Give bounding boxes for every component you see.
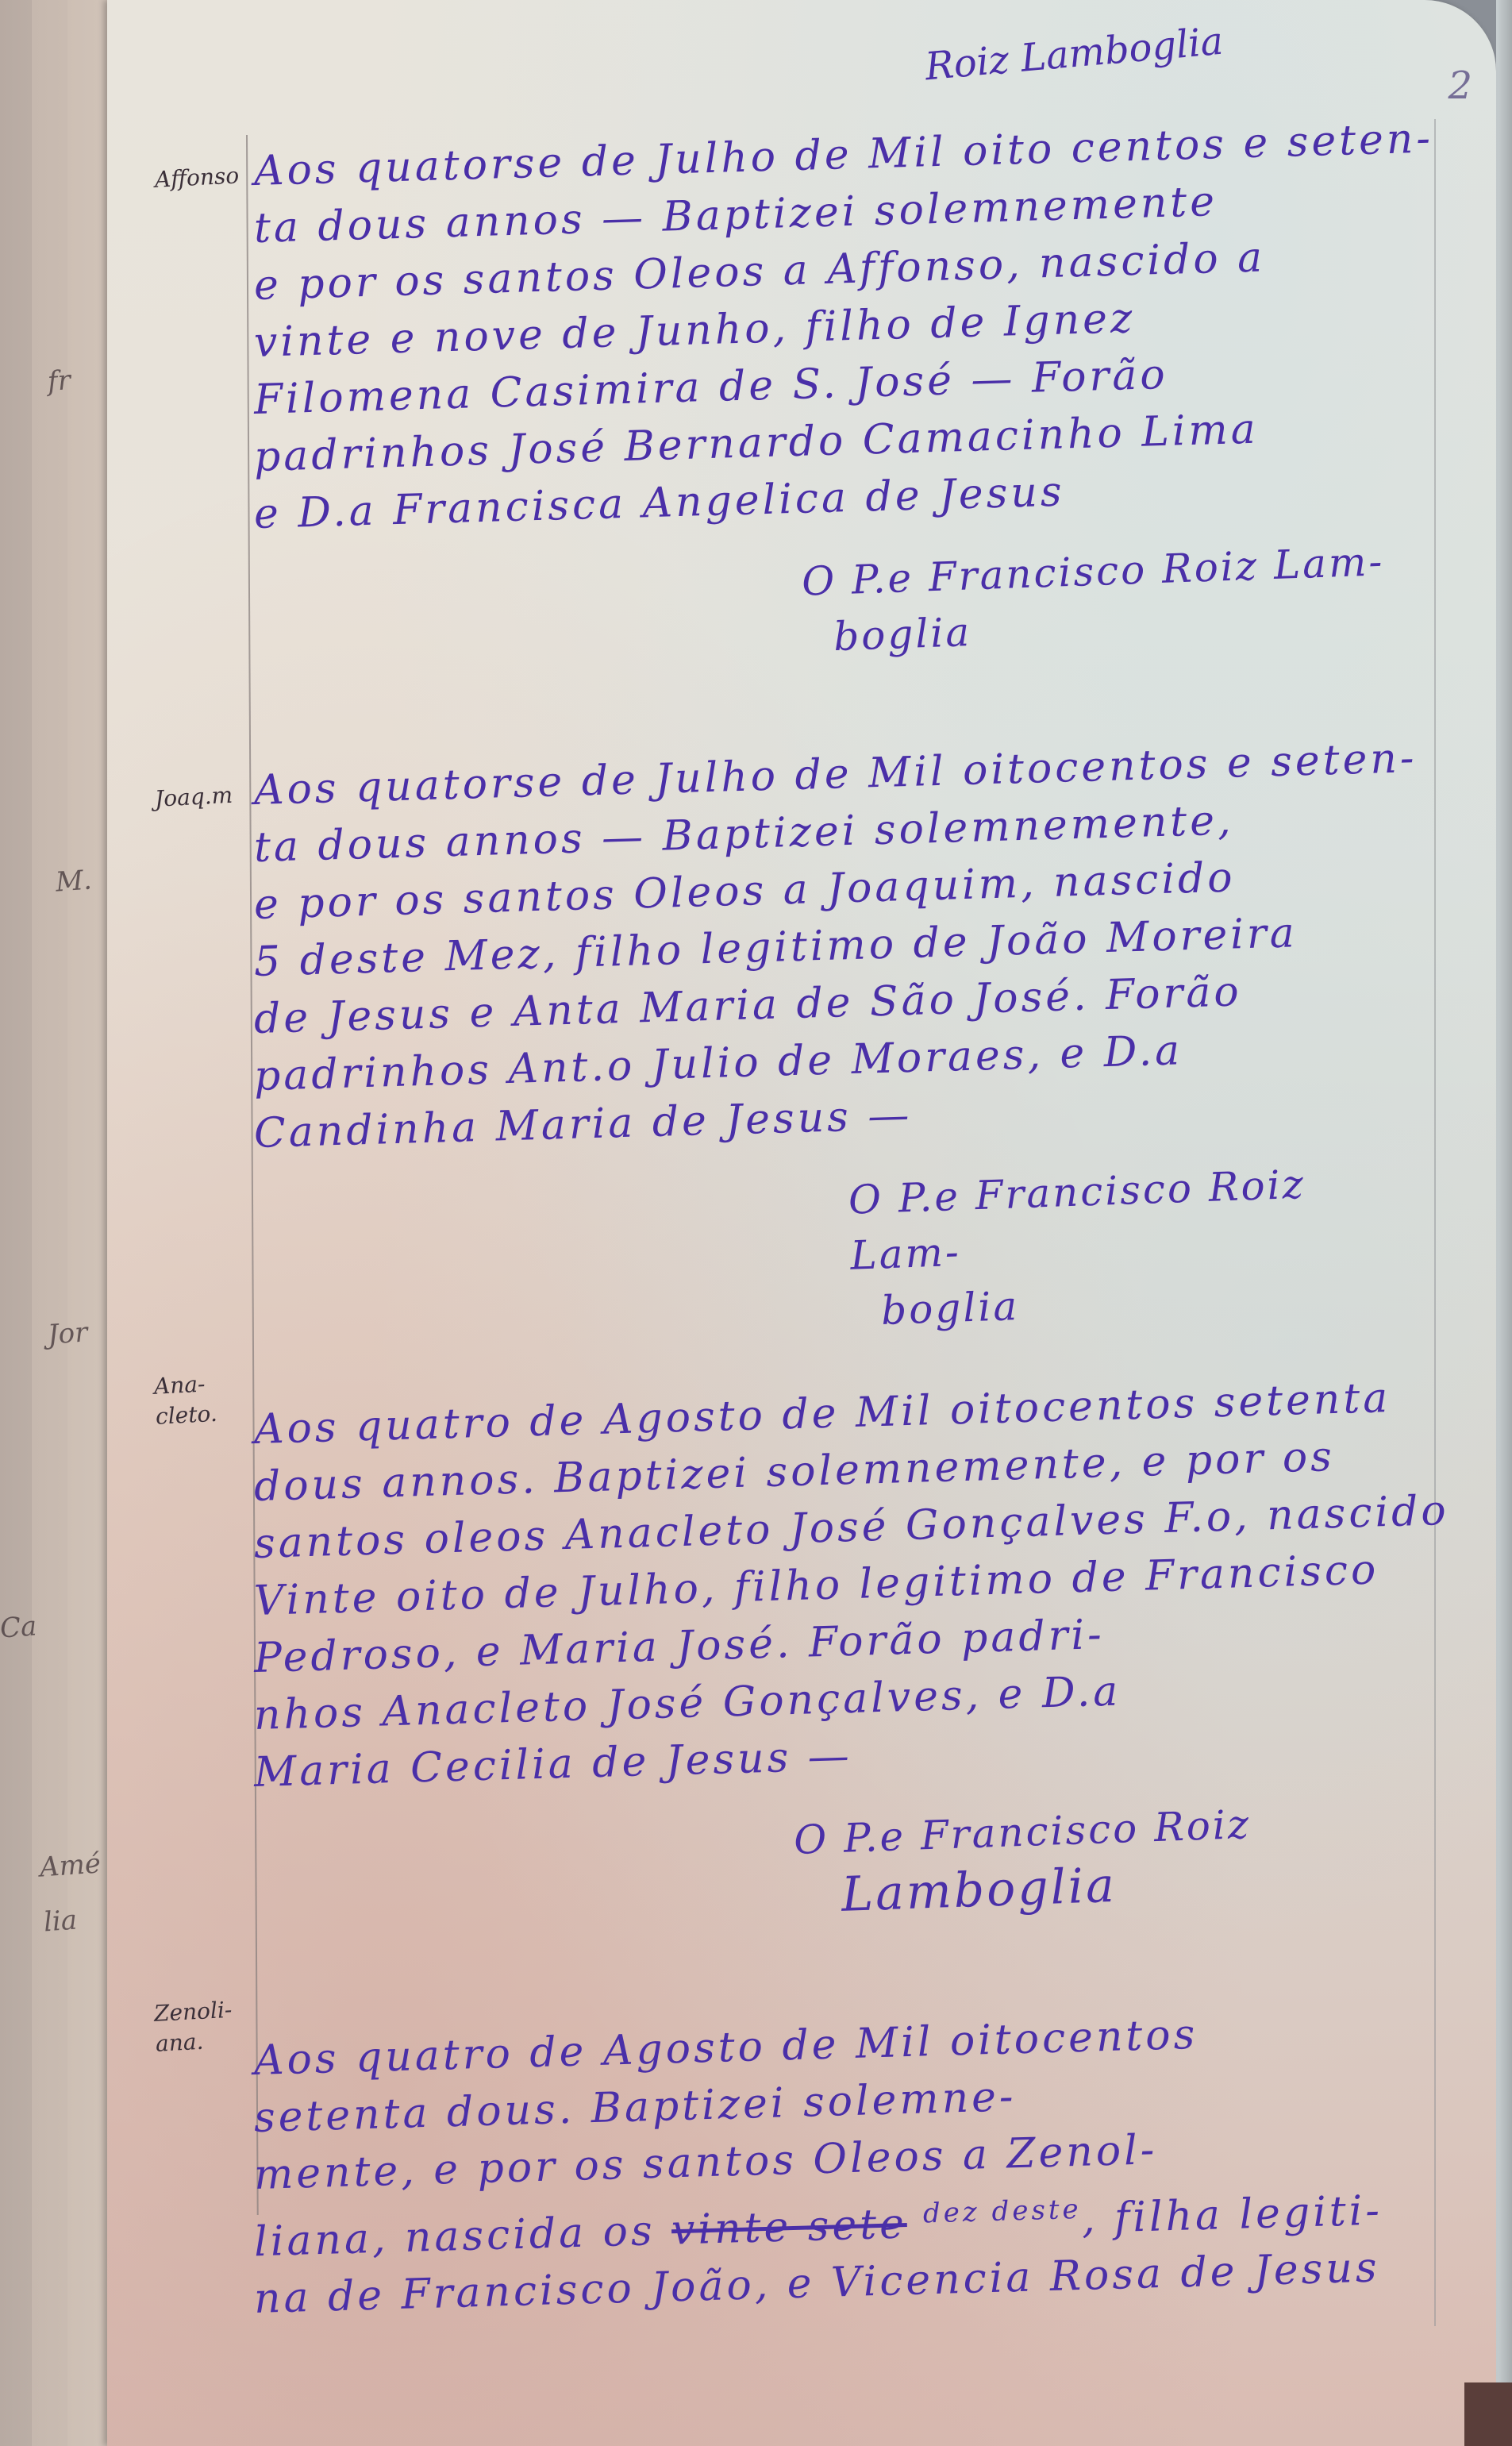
baptism-entry-joaquim: Aos quatorse de Julho de Mil oitocentos … — [254, 762, 1429, 1329]
underlying-note: Amé — [39, 1847, 102, 1883]
margin-name-anacleto: Ana-cleto. — [153, 1367, 244, 1432]
struck-text: vinte sete — [671, 2200, 907, 2254]
header-signature: Roiz Lamboglia — [923, 19, 1225, 90]
priest-signature: O P.e Francisco Roiz Lam- boglia — [802, 543, 1429, 654]
register-page: 2 Roiz Lamboglia Affonso Aos quatorse de… — [107, 0, 1496, 2446]
adjacent-page-edge — [1496, 0, 1512, 2446]
baptism-entry-zenoliana: Aos quatro de Agosto de Mil oitocentos s… — [254, 2032, 1429, 2328]
margin-name-joaquim: Joaq.m — [154, 780, 243, 815]
priest-signature: O P.e Francisco Roiz Lamboglia — [794, 1801, 1429, 1913]
baptism-entry-anacleto: Aos quatro de Agosto de Mil oitocentos s… — [254, 1401, 1429, 1913]
underlying-note: lia — [43, 1905, 79, 1939]
inserted-correction: dez deste — [922, 2194, 1082, 2230]
right-rule — [1434, 119, 1436, 2326]
background-corner — [1464, 2382, 1512, 2446]
page-number: 2 — [1448, 64, 1472, 108]
underlying-note: Jor — [47, 1316, 89, 1350]
underlying-note: Ca — [0, 1610, 38, 1644]
margin-name-affonso: Affonso — [154, 160, 243, 195]
baptism-entry-affonso: Aos quatorse de Julho de Mil oito centos… — [254, 143, 1429, 654]
priest-signature: O P.e Francisco Roiz Lam- boglia — [849, 1162, 1429, 1329]
margin-name-zenoliana: Zenoli-ana. — [153, 1994, 244, 2059]
underlying-note: M. — [55, 864, 93, 898]
underlying-note: fr — [47, 364, 72, 398]
